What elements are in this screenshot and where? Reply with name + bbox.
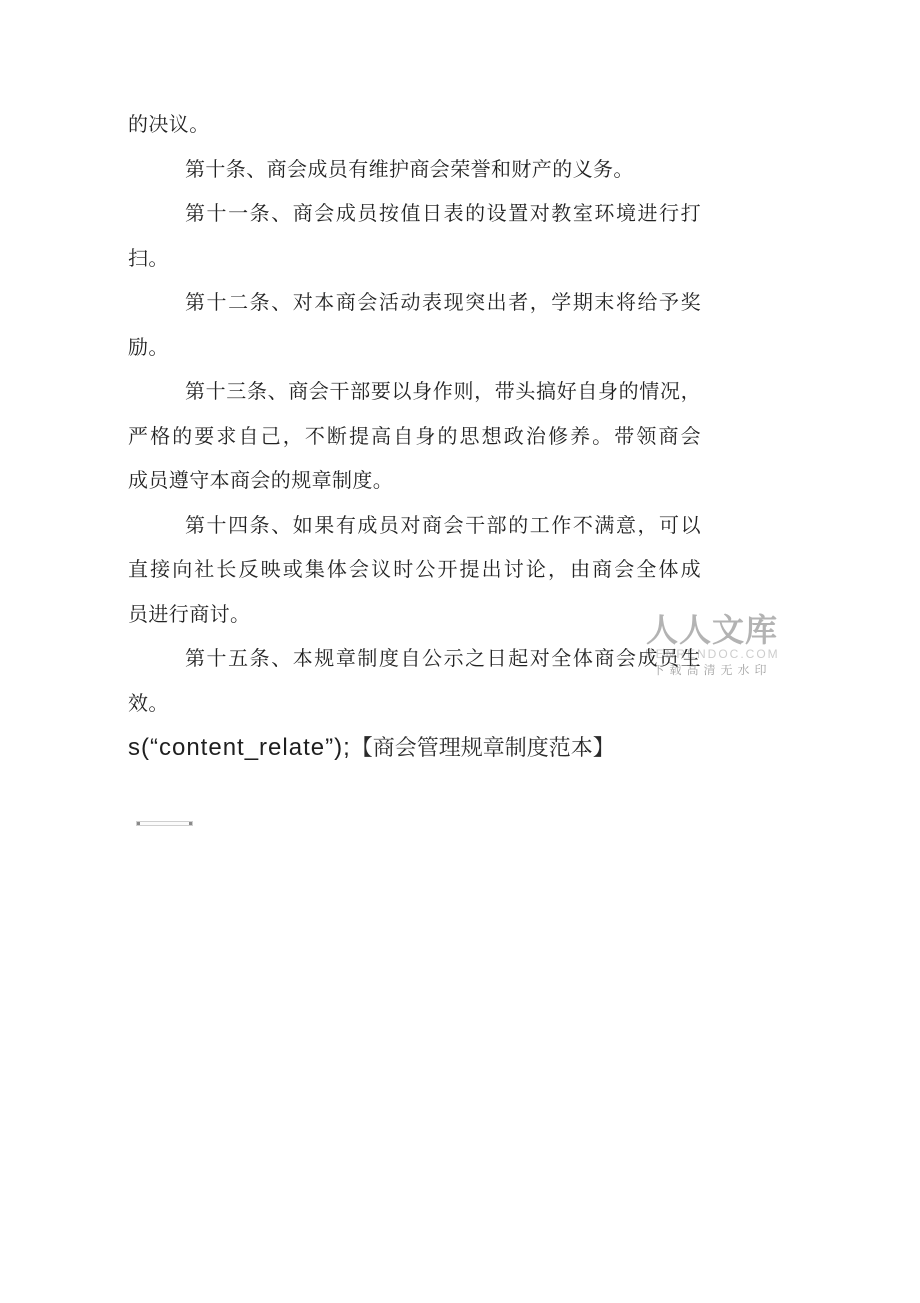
text-line: 第十三条、商会干部要以身作则，带头搞好自身的情况， (128, 370, 701, 415)
script-code-text: s(“content_relate”); (128, 734, 351, 761)
text-line: 扫。 (128, 237, 701, 282)
text-line: 第十条、商会成员有维护商会荣誉和财产的义务。 (128, 148, 701, 193)
script-artifact-line: s(“content_relate”);【商会管理规章制度范本】 (128, 726, 701, 771)
text-line: 直接向社长反映或集体会议时公开提出讨论，由商会全体成 (128, 548, 701, 593)
text-line: 员进行商讨。 (128, 593, 701, 638)
document-body: 的决议。 第十条、商会成员有维护商会荣誉和财产的义务。 第十一条、商会成员按值日… (128, 103, 701, 771)
text-line: 第十四条、如果有成员对商会干部的工作不满意，可以 (128, 504, 701, 549)
text-line: 第十二条、对本商会活动表现突出者，学期末将给予奖 (128, 281, 701, 326)
text-line: 严格的要求自己，不断提高自身的思想政治修养。带领商会 (128, 415, 701, 460)
text-line: 的决议。 (128, 103, 701, 148)
text-line: 成员遵守本商会的规章制度。 (128, 459, 701, 504)
text-line: 第十五条、本规章制度自公示之日起对全体商会成员生 (128, 637, 701, 682)
rule-end-cap-left (137, 822, 140, 825)
text-line: 效。 (128, 682, 701, 727)
text-line: 励。 (128, 326, 701, 371)
document-page: 人人文库 RENRENDOC.COM 下载高清无水印 的决议。 第十条、商会成员… (0, 0, 920, 1303)
related-document-title: 【商会管理规章制度范本】 (351, 735, 615, 760)
rule-end-cap-right (189, 822, 192, 825)
text-line: 第十一条、商会成员按值日表的设置对教室环境进行打 (128, 192, 701, 237)
horizontal-rule-object (136, 821, 193, 826)
